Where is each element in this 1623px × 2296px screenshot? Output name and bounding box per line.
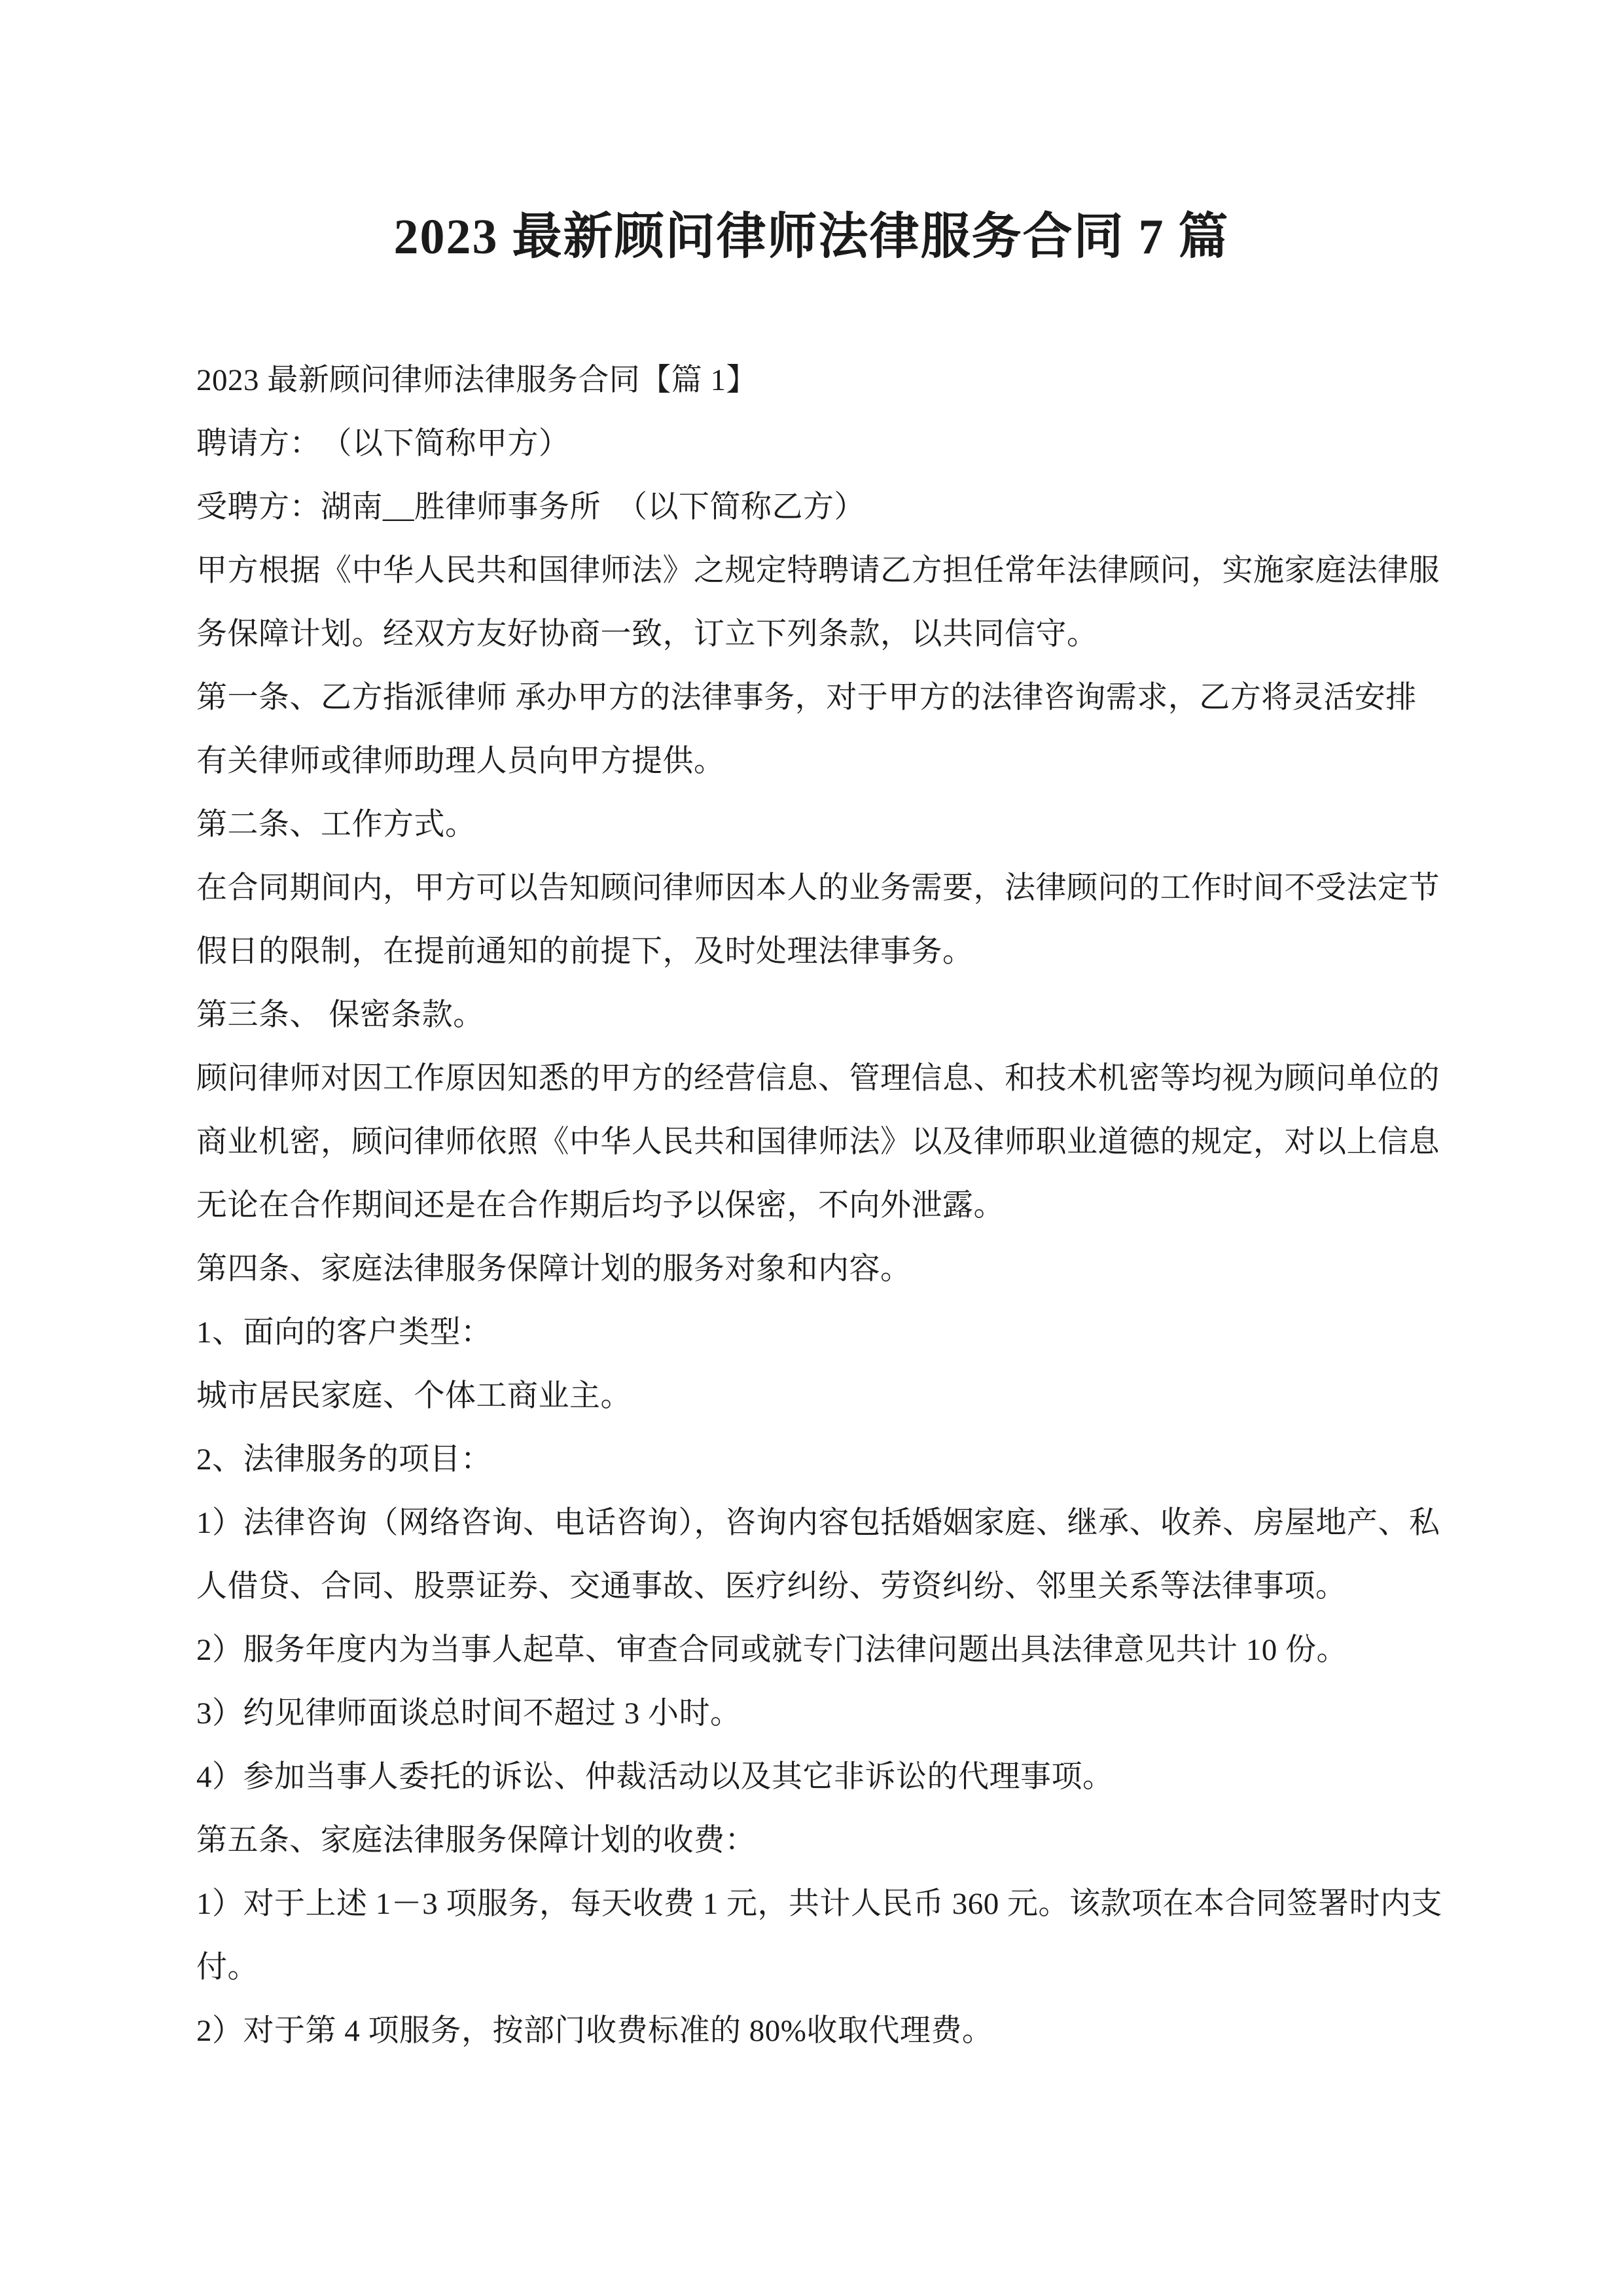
doc-line-13: 商业机密，顾问律师依照《中华人民共和国律师法》以及律师职业道德的规定，对以上信息: [196, 1111, 1431, 1174]
doc-line-10: 假日的限制，在提前通知的前提下，及时处理法律事务。: [196, 920, 1431, 984]
doc-line-5: 务保障计划。经双方友好协商一致，订立下列条款，以共同信守。: [196, 603, 1431, 666]
document-title: 2023 最新顾问律师法律服务合同 7 篇: [0, 209, 1623, 264]
doc-line-25: 1）对于上述 1－3 项服务，每天收费 1 元，共计人民币 360 元。该款项在…: [196, 1873, 1431, 1936]
document-body: 2023 最新顾问律师法律服务合同【篇 1】聘请方： （以下简称甲方）受聘方：湖…: [196, 349, 1431, 2063]
doc-line-24: 第五条、家庭法律服务保障计划的收费：: [196, 1809, 1431, 1873]
doc-line-18: 2、法律服务的项目：: [196, 1428, 1431, 1492]
doc-line-3: 受聘方：湖南__胜律师事务所 （以下简称乙方）: [196, 476, 1431, 539]
doc-line-1: 2023 最新顾问律师法律服务合同【篇 1】: [196, 349, 1431, 412]
doc-line-20: 人借贷、合同、股票证券、交通事故、医疗纠纷、劳资纠纷、邻里关系等法律事项。: [196, 1555, 1431, 1619]
doc-line-23: 4）参加当事人委托的诉讼、仲裁活动以及其它非诉讼的代理事项。: [196, 1746, 1431, 1809]
doc-line-15: 第四条、家庭法律服务保障计划的服务对象和内容。: [196, 1238, 1431, 1301]
doc-line-26: 付。: [196, 1936, 1431, 2000]
doc-line-17: 城市居民家庭、个体工商业主。: [196, 1365, 1431, 1428]
doc-line-12: 顾问律师对因工作原因知悉的甲方的经营信息、管理信息、和技术机密等均视为顾问单位的: [196, 1047, 1431, 1111]
doc-line-22: 3）约见律师面谈总时间不超过 3 小时。: [196, 1682, 1431, 1746]
doc-line-11: 第三条、 保密条款。: [196, 984, 1431, 1047]
doc-line-2: 聘请方： （以下简称甲方）: [196, 412, 1431, 476]
doc-line-27: 2）对于第 4 项服务，按部门收费标准的 80%收取代理费。: [196, 2000, 1431, 2063]
doc-line-7: 有关律师或律师助理人员向甲方提供。: [196, 730, 1431, 793]
doc-line-14: 无论在合作期间还是在合作期后均予以保密，不向外泄露。: [196, 1174, 1431, 1238]
doc-line-8: 第二条、工作方式。: [196, 793, 1431, 857]
doc-line-16: 1、面向的客户类型：: [196, 1301, 1431, 1365]
doc-line-21: 2）服务年度内为当事人起草、审查合同或就专门法律问题出具法律意见共计 10 份。: [196, 1619, 1431, 1682]
doc-line-19: 1）法律咨询（网络咨询、电话咨询），咨询内容包括婚姻家庭、继承、收养、房屋地产、…: [196, 1492, 1431, 1555]
doc-line-6: 第一条、乙方指派律师 承办甲方的法律事务，对于甲方的法律咨询需求，乙方将灵活安排: [196, 666, 1431, 730]
doc-line-4: 甲方根据《中华人民共和国律师法》之规定特聘请乙方担任常年法律顾问，实施家庭法律服: [196, 539, 1431, 603]
document-page: 2023 最新顾问律师法律服务合同 7 篇 2023 最新顾问律师法律服务合同【…: [0, 0, 1623, 2296]
doc-line-9: 在合同期间内，甲方可以告知顾问律师因本人的业务需要，法律顾问的工作时间不受法定节: [196, 857, 1431, 920]
